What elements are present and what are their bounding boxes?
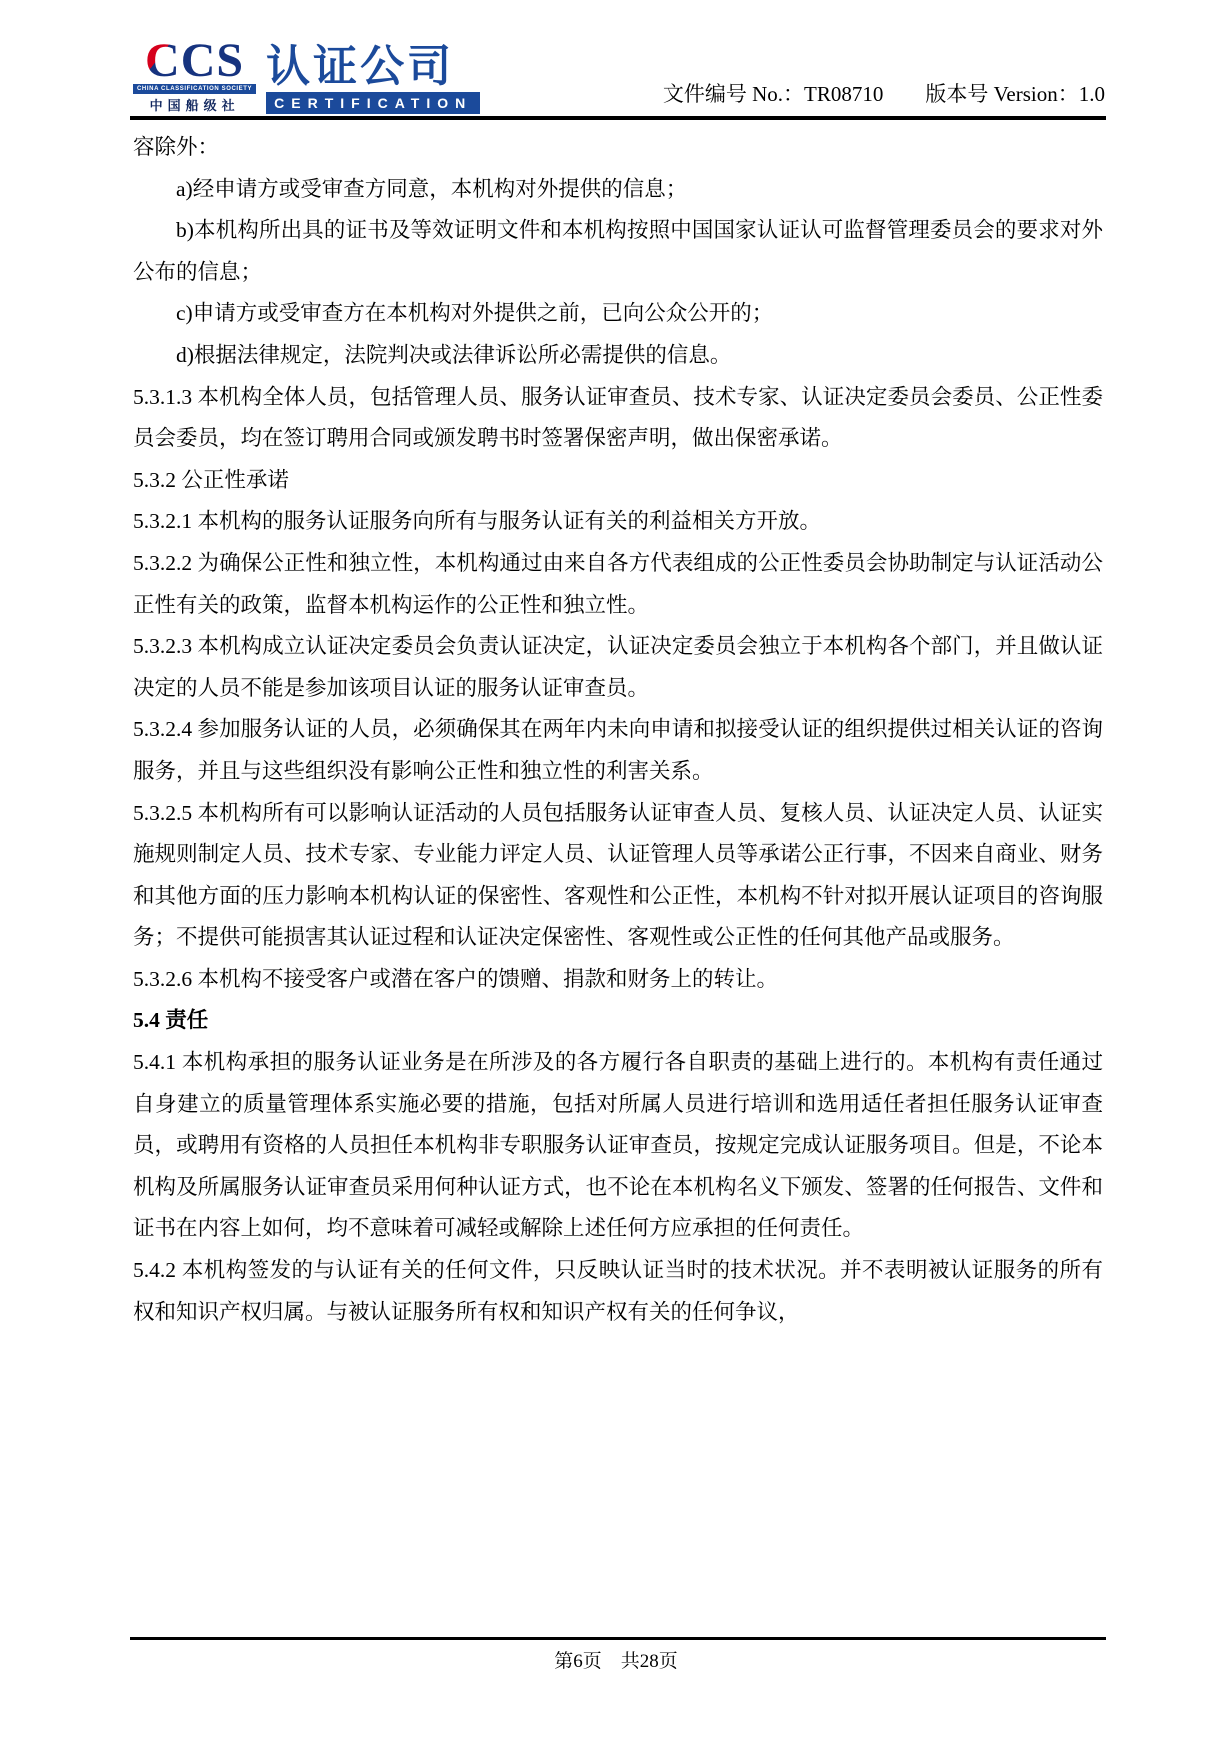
footer-divider [130, 1637, 1106, 1640]
page-header: CCS CHINA CLASSIFICATION SOCIETY 中国船级社 认… [133, 40, 1105, 114]
paragraph: 5.3.2.3 本机构成立认证决定委员会负责认证决定，认证决定委员会独立于本机构… [133, 626, 1103, 709]
paragraph: 5.4 责任 [133, 1000, 1103, 1042]
document-number: 文件编号 No.：TR08710 [663, 78, 884, 108]
ccs-logo-text: CCS [145, 40, 244, 82]
company-name-cn: 认证公司 [266, 45, 454, 89]
paragraph: 5.3.2.6 本机构不接受客户或潜在客户的馈赠、捐款和财务上的转让。 [133, 959, 1103, 1001]
ccs-society-cn-label: 中国船级社 [150, 95, 240, 114]
ccs-logo: CCS CHINA CLASSIFICATION SOCIETY 中国船级社 认… [133, 40, 480, 114]
paragraph: 5.4.2 本机构签发的与认证有关的任何文件，只反映认证当时的技术状况。并不表明… [133, 1250, 1103, 1333]
page-number: 第6页 共28页 [0, 1646, 1232, 1673]
paragraph: 5.4.1 本机构承担的服务认证业务是在所涉及的各方履行各自职责的基础上进行的。… [133, 1042, 1103, 1250]
ccs-logo-mark: CCS CHINA CLASSIFICATION SOCIETY 中国船级社 [133, 40, 256, 114]
ccs-society-en-label: CHINA CLASSIFICATION SOCIETY [133, 84, 256, 94]
document-version: 版本号 Version：1.0 [925, 78, 1105, 108]
paragraph: 5.3.2.1 本机构的服务认证服务向所有与服务认证有关的利益相关方开放。 [133, 501, 1103, 543]
paragraph: 5.3.2.2 为确保公正性和独立性，本机构通过由来自各方代表组成的公正性委员会… [133, 543, 1103, 626]
document-page: CCS CHINA CLASSIFICATION SOCIETY 中国船级社 认… [0, 0, 1232, 1743]
paragraph: a)经申请方或受审查方同意，本机构对外提供的信息； [133, 169, 1103, 211]
paragraph: c)申请方或受审查方在本机构对外提供之前，已向公众公开的； [133, 293, 1103, 335]
paragraph: 5.3.2.4 参加服务认证的人员，必须确保其在两年内未向申请和拟接受认证的组织… [133, 709, 1103, 792]
paragraph: 5.3.2 公正性承诺 [133, 460, 1103, 502]
header-divider [130, 116, 1106, 120]
paragraph: b)本机构所出具的证书及等效证明文件和本机构按照中国国家认证认可监督管理委员会的… [133, 210, 1103, 293]
document-meta: 文件编号 No.：TR08710 版本号 Version：1.0 [663, 78, 1105, 114]
paragraph: 5.3.1.3 本机构全体人员，包括管理人员、服务认证审查员、技术专家、认证决定… [133, 377, 1103, 460]
ccs-company-block: 认证公司 CERTIFICATION [266, 45, 480, 114]
paragraph: d)根据法律规定，法院判决或法律诉讼所必需提供的信息。 [133, 335, 1103, 377]
paragraph: 容除外： [133, 127, 1103, 169]
document-body: 容除外：a)经申请方或受审查方同意，本机构对外提供的信息；b)本机构所出具的证书… [133, 127, 1103, 1333]
company-name-en: CERTIFICATION [266, 92, 480, 114]
paragraph: 5.3.2.5 本机构所有可以影响认证活动的人员包括服务认证审查人员、复核人员、… [133, 793, 1103, 959]
